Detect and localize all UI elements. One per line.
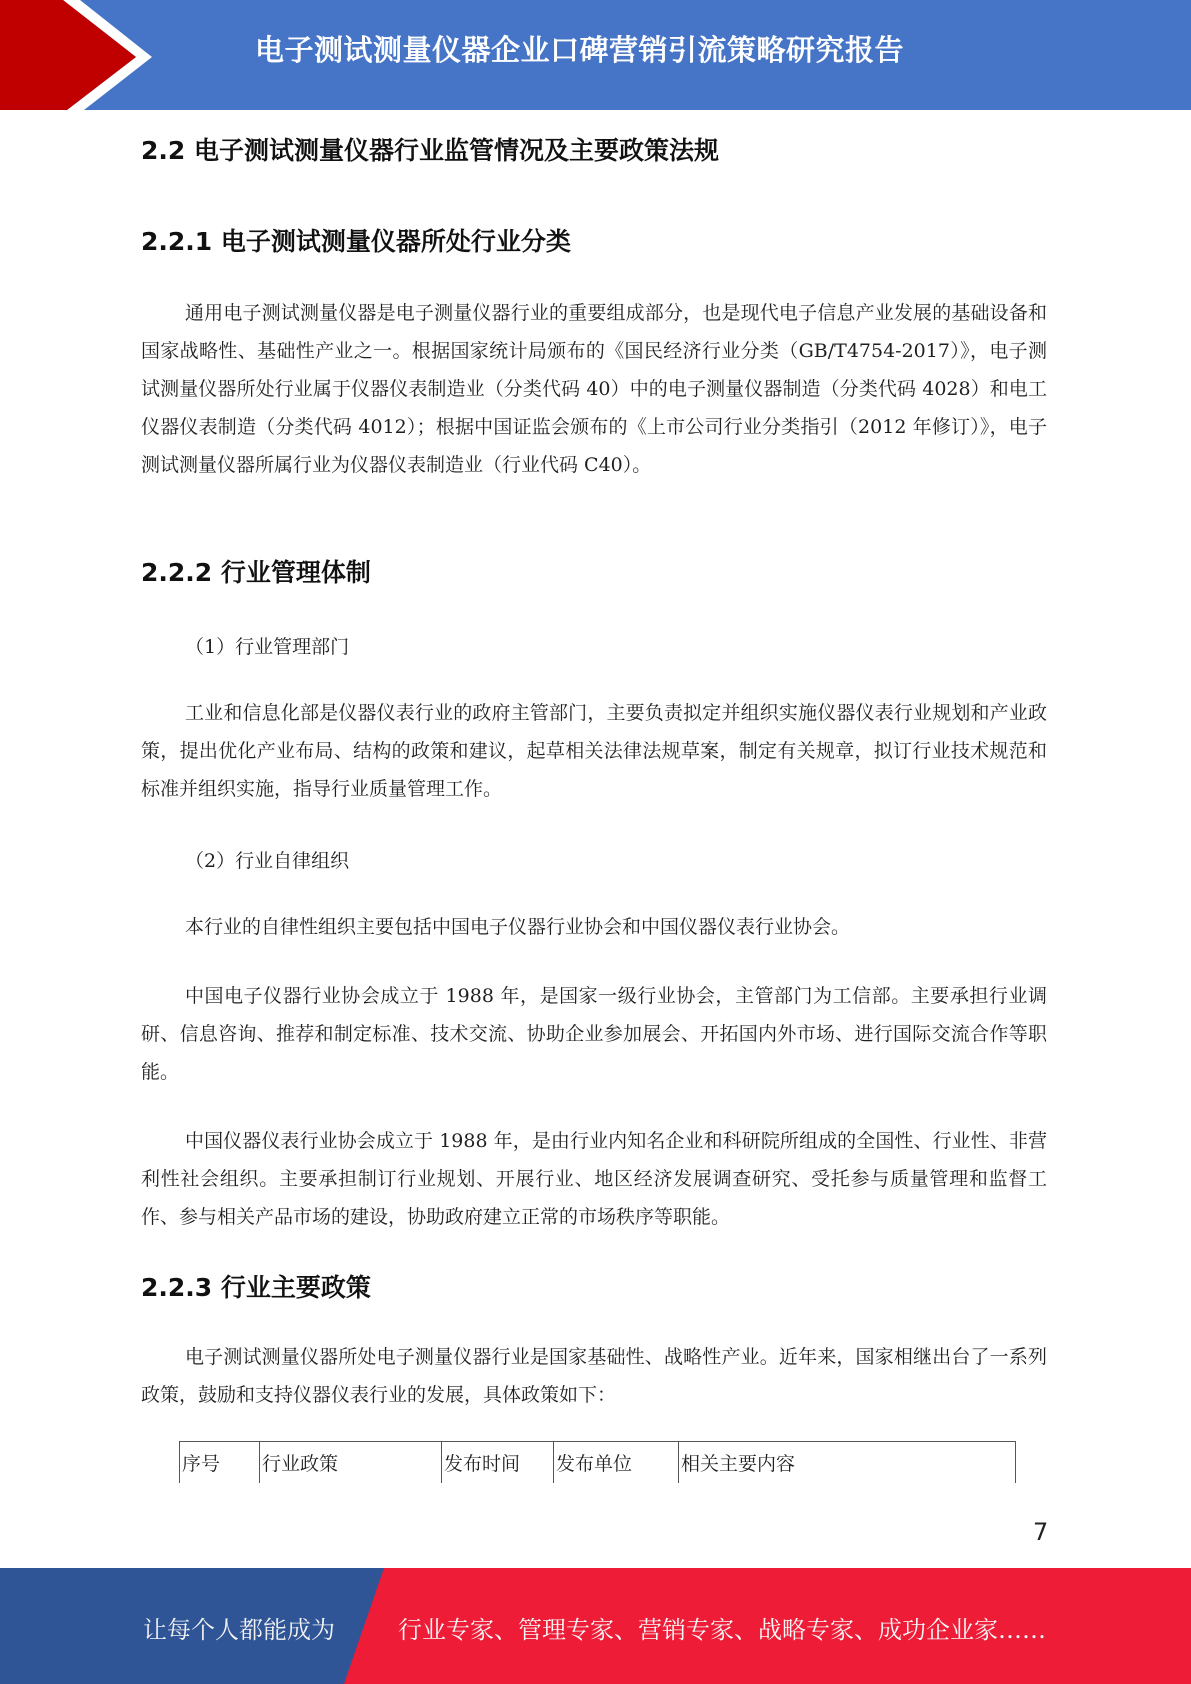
policy-table: 序号 行业政策 发布时间 发布单位 相关主要内容 [179,1441,1016,1483]
paragraph-instrument-meter-assoc: 中国仪器仪表行业协会成立于 1988 年，是由行业内知名企业和科研院所组成的全国… [141,1122,1047,1236]
column-header-policy: 行业政策 [260,1442,442,1484]
paragraph-management-dept: 工业和信息化部是仪器仪表行业的政府主管部门，主要负责拟定并组织实施仪器仪表行业规… [141,694,1047,808]
paragraph-industry-classification: 通用电子测试测量仪器是电子测量仪器行业的重要组成部分，也是现代电子信息产业发展的… [141,294,1047,484]
section-heading-2-2-3: 2.2.3 行业主要政策 [141,1268,371,1304]
section-heading-2-2-2: 2.2.2 行业管理体制 [141,553,371,589]
section-heading-2-2: 2.2 电子测试测量仪器行业监管情况及主要政策法规 [141,131,719,167]
paragraph-self-regulatory-orgs: 本行业的自律性组织主要包括中国电子仪器行业协会和中国仪器仪表行业协会。 [141,908,1047,946]
page-number: 7 [1033,1518,1048,1546]
table-header-row: 序号 行业政策 发布时间 发布单位 相关主要内容 [180,1442,1016,1484]
column-header-content: 相关主要内容 [679,1442,1016,1484]
report-title: 电子测试测量仪器企业口碑营销引流策略研究报告 [255,28,904,69]
column-header-date: 发布时间 [442,1442,554,1484]
footer-banner: 让每个人都能成为 行业专家、管理专家、营销专家、战略专家、成功企业家…… [0,1568,1191,1684]
subheading-management-dept: （1）行业管理部门 [185,632,349,659]
subheading-self-regulatory: （2）行业自律组织 [185,846,349,873]
header-banner: 电子测试测量仪器企业口碑营销引流策略研究报告 [0,0,1191,110]
column-header-index: 序号 [180,1442,260,1484]
column-header-issuer: 发布单位 [554,1442,679,1484]
footer-slogan-left: 让每个人都能成为 [143,1610,335,1645]
section-heading-2-2-1: 2.2.1 电子测试测量仪器所处行业分类 [141,222,571,258]
paragraph-electronic-instrument-assoc: 中国电子仪器行业协会成立于 1988 年，是国家一级行业协会，主管部门为工信部。… [141,977,1047,1091]
paragraph-policies-intro: 电子测试测量仪器所处电子测量仪器行业是国家基础性、战略性产业。近年来，国家相继出… [141,1338,1047,1414]
footer-slogan-right: 行业专家、管理专家、营销专家、战略专家、成功企业家…… [398,1610,1046,1645]
